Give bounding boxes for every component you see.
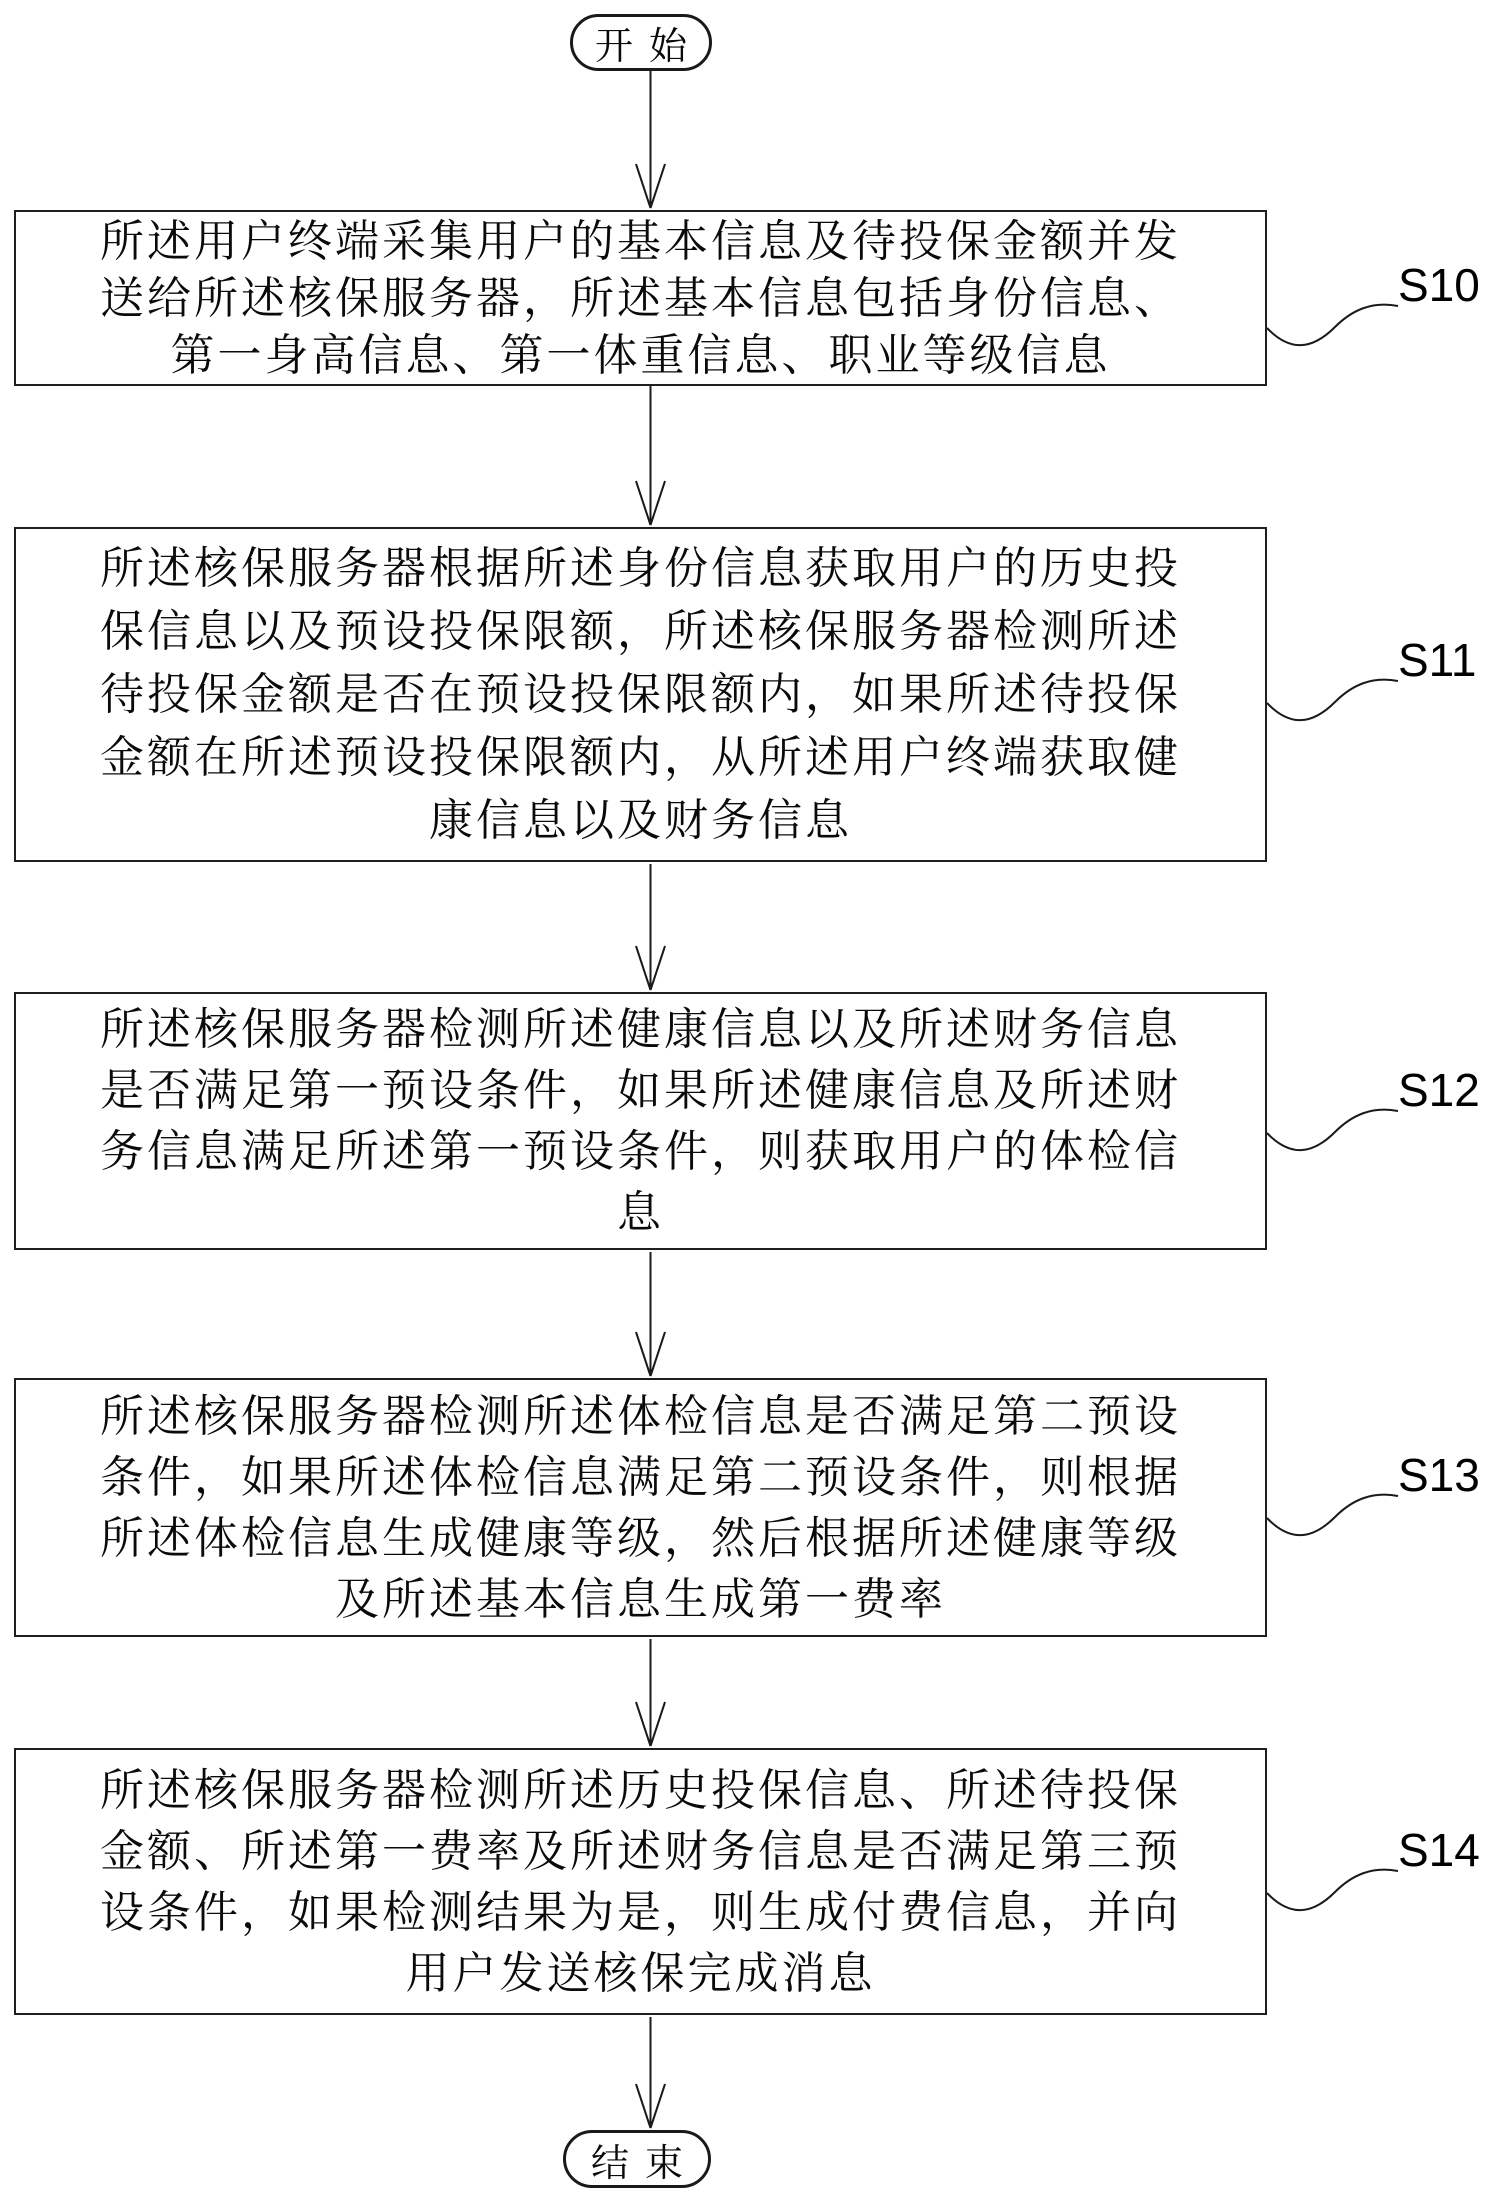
arrow-s13-to-s14 [636,1639,665,1746]
callout-s11 [1267,680,1398,721]
process-text-line: 所述用户终端采集用户的基本信息及待投保金额并发 [100,213,1181,270]
process-box-s13: 所述核保服务器检测所述体检信息是否满足第二预设 条件，如果所述体检信息满足第二预… [14,1378,1267,1637]
flowchart-canvas: 开始 所述用户终端采集用户的基本信息及待投保金额并发 送给所述核保服务器，所述基… [0,0,1501,2203]
arrow-s10-to-s11 [636,386,665,525]
process-box-s14: 所述核保服务器检测所述历史投保信息、所述待投保 金额、所述第一费率及所述财务信息… [14,1748,1267,2015]
step-label-s13: S13 [1398,1445,1501,1505]
process-text-line: 息 [617,1182,664,1243]
process-box-s12: 所述核保服务器检测所述健康信息以及所述财务信息 是否满足第一预设条件，如果所述健… [14,992,1267,1250]
start-terminal: 开始 [570,14,712,71]
process-text-line: 务信息满足所述第一预设条件，则获取用户的体检信 [100,1121,1181,1182]
step-label-s10: S10 [1398,255,1501,315]
callout-s13 [1267,1495,1398,1536]
process-text-line: 待投保金额是否在预设投保限额内，如果所述待投保 [100,663,1181,726]
arrow-s12-to-s13 [636,1252,665,1376]
step-label-s12: S12 [1398,1060,1501,1120]
process-text-line: 用户发送核保完成消息 [406,1943,876,2004]
process-text-line: 是否满足第一预设条件，如果所述健康信息及所述财 [100,1060,1181,1121]
process-text-line: 保信息以及预设投保限额，所述核保服务器检测所述 [100,600,1181,663]
process-text-line: 设条件，如果检测结果为是，则生成付费信息，并向 [100,1882,1181,1943]
process-text-line: 所述核保服务器根据所述身份信息获取用户的历史投 [100,537,1181,600]
callout-s12 [1267,1110,1398,1151]
process-text-line: 金额、所述第一费率及所述财务信息是否满足第三预 [100,1821,1181,1882]
process-text-line: 所述体检信息生成健康等级，然后根据所述健康等级 [100,1508,1181,1569]
step-label-s11: S11 [1398,630,1501,690]
process-text-line: 所述核保服务器检测所述体检信息是否满足第二预设 [100,1386,1181,1447]
process-text-line: 第一身高信息、第一体重信息、职业等级信息 [171,327,1111,384]
process-box-s11: 所述核保服务器根据所述身份信息获取用户的历史投 保信息以及预设投保限额，所述核保… [14,527,1267,862]
end-terminal-label: 结束 [575,2132,699,2187]
arrow-s14-to-end [636,2017,665,2128]
step-label-s14: S14 [1398,1820,1501,1880]
process-text-line: 所述核保服务器检测所述历史投保信息、所述待投保 [100,1760,1181,1821]
arrow-start-to-s10 [636,70,665,208]
process-text-line: 金额在所述预设投保限额内，从所述用户终端获取健 [100,726,1181,789]
process-text-line: 送给所述核保服务器，所述基本信息包括身份信息、 [100,270,1181,327]
process-text-line: 康信息以及财务信息 [429,789,852,852]
process-box-s10: 所述用户终端采集用户的基本信息及待投保金额并发 送给所述核保服务器，所述基本信息… [14,210,1267,386]
process-text-line: 条件，如果所述体检信息满足第二预设条件，则根据 [100,1447,1181,1508]
process-text-line: 所述核保服务器检测所述健康信息以及所述财务信息 [100,999,1181,1060]
end-terminal: 结束 [563,2130,711,2188]
arrow-s11-to-s12 [636,864,665,990]
callout-s10 [1267,305,1398,346]
process-text-line: 及所述基本信息生成第一费率 [335,1569,946,1630]
callout-s14 [1267,1870,1398,1911]
start-terminal-label: 开始 [579,15,703,70]
